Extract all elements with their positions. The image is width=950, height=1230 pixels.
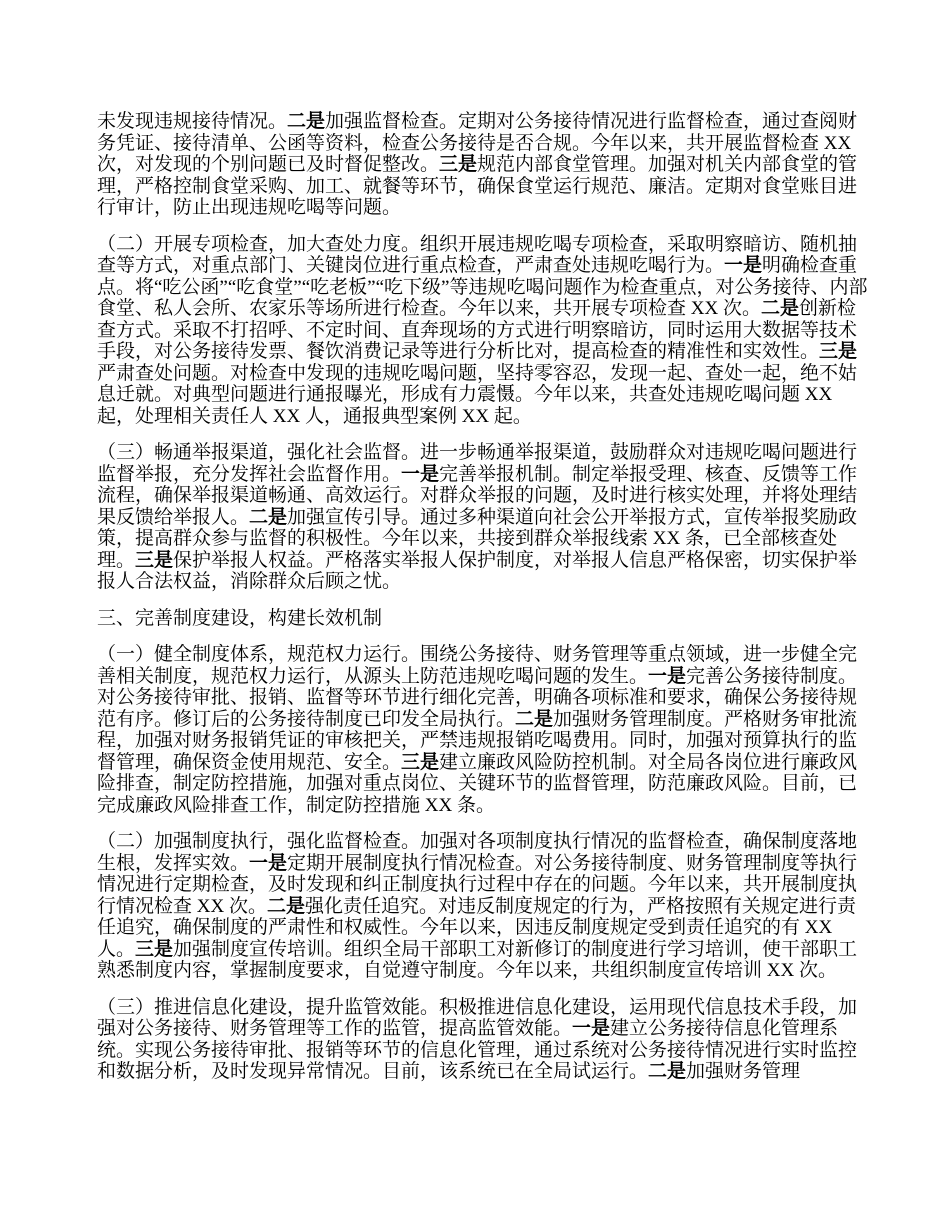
text-run: 加强财务管理	[686, 1061, 800, 1082]
bold-text-run: 二是	[287, 111, 325, 132]
bold-text-run: 三是	[135, 550, 173, 571]
paragraph: （一）健全制度体系，规范权力运行。围绕公务接待、财务管理等重点领域，进一步健全完…	[97, 644, 873, 816]
document-page: 未发现违规接待情况。二是加强监督检查。定期对公务接待情况进行监督检查，通过查阅财…	[0, 0, 950, 1230]
section-heading: 三、完善制度建设，构建长效机制	[97, 608, 873, 630]
text-run: 三、完善制度建设，构建长效机制	[97, 608, 382, 629]
bold-text-run: 一是	[648, 666, 686, 687]
bold-text-run: 二是	[761, 298, 799, 319]
bold-text-run: 三是	[819, 341, 857, 362]
document-body: 未发现违规接待情况。二是加强监督检查。定期对公务接待情况进行监督检查，通过查阅财…	[97, 111, 873, 1083]
bold-text-run: 二是	[515, 709, 553, 730]
bold-text-run: 三是	[135, 939, 173, 960]
bold-text-run: 一是	[401, 464, 439, 485]
paragraph: （三）畅通举报渠道，强化社会监督。进一步畅通举报渠道，鼓励群众对违规吃喝问题进行…	[97, 442, 873, 593]
bold-text-run: 三是	[439, 154, 477, 175]
bold-text-run: 三是	[401, 752, 439, 773]
bold-text-run: 一是	[249, 853, 287, 874]
text-run: 未发现违规接待情况。	[97, 111, 287, 132]
paragraph: （二）加强制度执行，强化监督检查。加强对各项制度执行情况的监督检查，确保制度落地…	[97, 831, 873, 982]
text-run: 严肃查处问题。对检查中发现的违规吃喝问题，坚持零容忍，发现一起、查处一起，绝不姑…	[97, 363, 857, 427]
bold-text-run: 一是	[724, 255, 762, 276]
bold-text-run: 二是	[249, 507, 287, 528]
bold-text-run: 二是	[267, 896, 305, 917]
bold-text-run: 一是	[572, 1018, 610, 1039]
paragraph: （三）推进信息化建设，提升监管效能。积极推进信息化建设，运用现代信息技术手段，加…	[97, 997, 873, 1083]
bold-text-run: 二是	[648, 1061, 686, 1082]
paragraph: 未发现违规接待情况。二是加强监督检查。定期对公务接待情况进行监督检查，通过查阅财…	[97, 111, 873, 219]
paragraph: （二）开展专项检查，加大查处力度。组织开展违规吃喝专项检查，采取明察暗访、随机抽…	[97, 234, 873, 428]
text-run: 加强制度宣传培训。组织全局干部职工对新修订的制度进行学习培训，使干部职工熟悉制度…	[97, 939, 857, 982]
text-run: 保护举报人权益。严格落实举报人保护制度，对举报人信息严格保密，切实保护举报人合法…	[97, 550, 857, 593]
